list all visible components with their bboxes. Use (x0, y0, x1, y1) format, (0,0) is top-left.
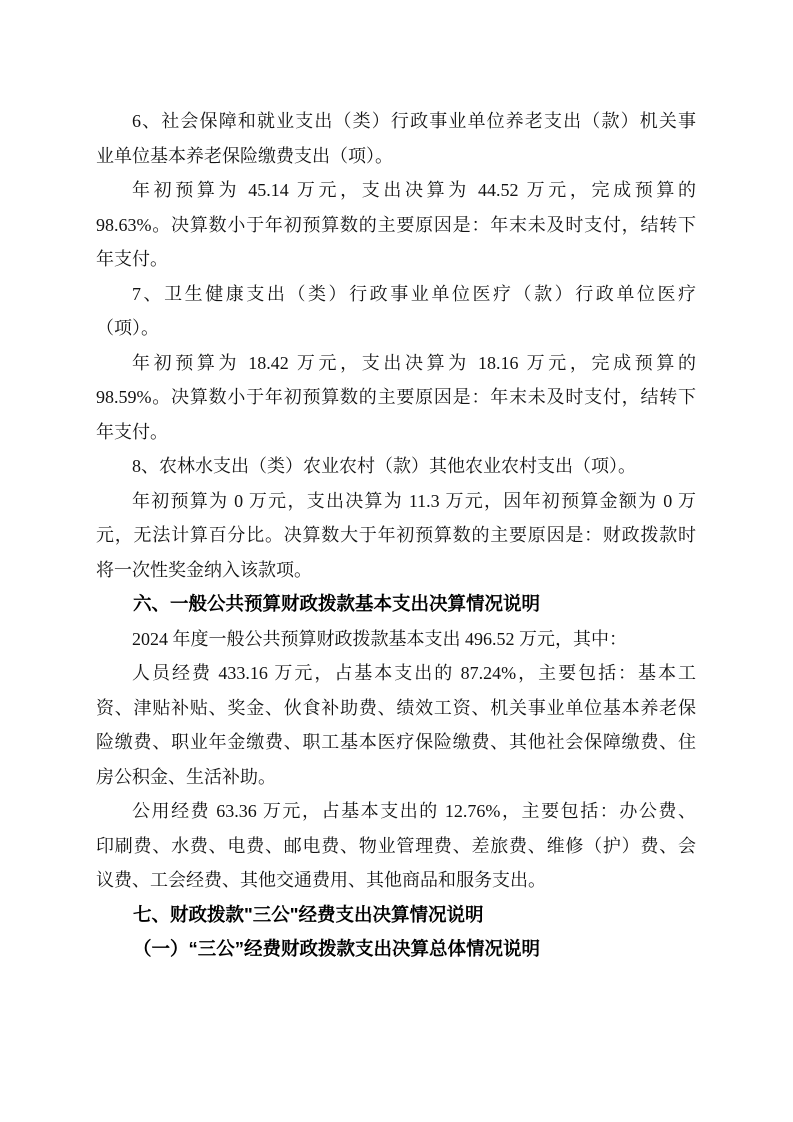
text-line: 印刷费、水费、电费、邮电费、物业管理费、差旅费、维修（护）费、会 (96, 829, 696, 864)
text-line: 98.63%。决算数小于年初预算数的主要原因是：年末未及时支付，结转下 (96, 208, 696, 243)
text-line: 年初预算为 18.42 万元，支出决算为 18.16 万元，完成预算的 (96, 346, 696, 381)
document-page: 6、社会保障和就业支出（类）行政事业单位养老支出（款）机关事业单位基本养老保险缴… (0, 0, 793, 1122)
text-line: 年支付。 (96, 242, 696, 277)
text-line: 人员经费 433.16 万元，占基本支出的 87.24%，主要包括：基本工 (96, 656, 696, 691)
text-block: 6、社会保障和就业支出（类）行政事业单位养老支出（款）机关事业单位基本养老保险缴… (96, 104, 696, 967)
text-line: 6、社会保障和就业支出（类）行政事业单位养老支出（款）机关事 (96, 104, 696, 139)
text-line: 资、津贴补贴、奖金、伙食补助费、绩效工资、机关事业单位基本养老保 (96, 691, 696, 726)
text-line: 公用经费 63.36 万元，占基本支出的 12.76%，主要包括：办公费、 (96, 794, 696, 829)
section-heading: 六、一般公共预算财政拨款基本支出决算情况说明 (96, 587, 696, 622)
text-line: 年支付。 (96, 415, 696, 450)
text-line: 98.59%。决算数小于年初预算数的主要原因是：年末未及时支付，结转下 (96, 380, 696, 415)
text-line: 年初预算为 45.14 万元，支出决算为 44.52 万元，完成预算的 (96, 173, 696, 208)
text-line: （项）。 (96, 311, 696, 346)
text-line: 7、卫生健康支出（类）行政事业单位医疗（款）行政单位医疗 (96, 277, 696, 312)
text-line: 2024 年度一般公共预算财政拨款基本支出 496.52 万元，其中： (96, 622, 696, 657)
text-line: 房公积金、生活补助。 (96, 760, 696, 795)
text-line: 业单位基本养老保险缴费支出（项）。 (96, 139, 696, 174)
section-heading: （一）“三公”经费财政拨款支出决算总体情况说明 (96, 932, 696, 967)
section-heading: 七、财政拨款"三公"经费支出决算情况说明 (96, 898, 696, 933)
text-line: 议费、工会经费、其他交通费用、其他商品和服务支出。 (96, 863, 696, 898)
text-line: 元，无法计算百分比。决算数大于年初预算数的主要原因是：财政拨款时 (96, 518, 696, 553)
text-line: 8、农林水支出（类）农业农村（款）其他农业农村支出（项）。 (96, 449, 696, 484)
text-line: 险缴费、职业年金缴费、职工基本医疗保险缴费、其他社会保障缴费、住 (96, 725, 696, 760)
text-line: 年初预算为 0 万元，支出决算为 11.3 万元，因年初预算金额为 0 万 (96, 484, 696, 519)
text-line: 将一次性奖金纳入该款项。 (96, 553, 696, 588)
